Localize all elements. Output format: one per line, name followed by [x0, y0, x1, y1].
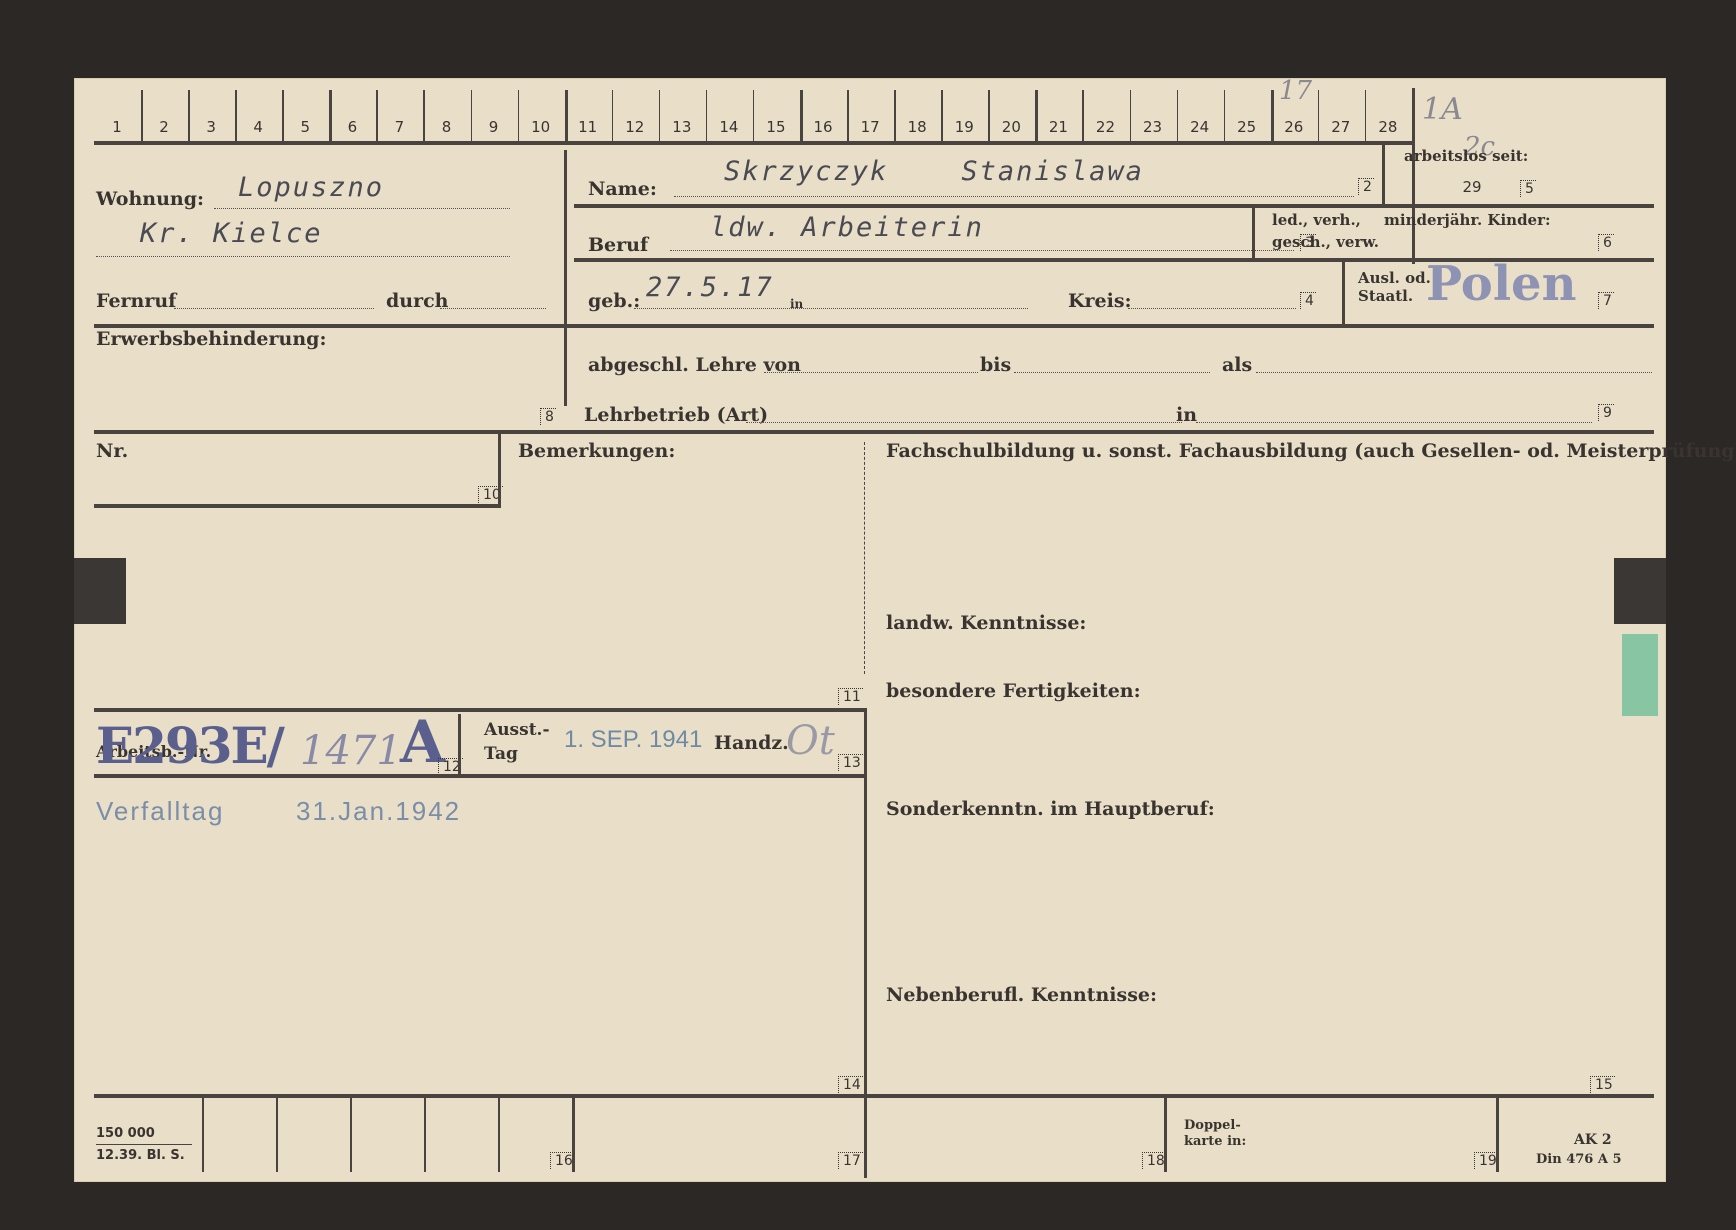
- arbeitsbuch-divider: [458, 714, 461, 776]
- fernruf-label: Fernruf: [96, 290, 176, 312]
- field-box-13: 13: [838, 754, 863, 771]
- din-code: Din 476 A 5: [1536, 1150, 1622, 1170]
- field-box-5: 5: [1520, 180, 1536, 197]
- column-number: 15: [756, 118, 796, 136]
- lehre-von-line: [764, 372, 978, 373]
- field-box-7: 7: [1598, 292, 1614, 309]
- beruf-label: Beruf: [588, 234, 648, 256]
- column-tick: [471, 90, 473, 142]
- doppelkarte-line2: karte in:: [1184, 1134, 1246, 1149]
- verfalltag-label: Verfalltag: [96, 796, 224, 827]
- column-number: 6: [332, 118, 372, 136]
- column-number: 28: [1368, 118, 1408, 136]
- column-number: 20: [991, 118, 1031, 136]
- lehrbetrieb-in-label: in: [1176, 404, 1197, 426]
- registration-card: 1234567891011121314151617181920212223242…: [74, 78, 1666, 1182]
- column-tick: [1224, 90, 1226, 142]
- column-tick: [894, 90, 896, 142]
- ruler-baseline: [94, 141, 1412, 145]
- field-box-9: 9: [1598, 404, 1614, 421]
- column-number: 11: [568, 118, 608, 136]
- column-number: 3: [191, 118, 231, 136]
- kinder-label: minderjähr. Kinder:: [1384, 210, 1551, 230]
- polen-stamp: Polen: [1426, 256, 1577, 312]
- doppelkarte-line1: Doppel-: [1184, 1118, 1241, 1133]
- handzeichen-label: Handz.: [714, 732, 789, 754]
- name-line: [674, 196, 1354, 197]
- landw-kenntnisse-label: landw. Kenntnisse:: [886, 612, 1086, 634]
- ausstellung-date-stamp: 1. SEP. 1941: [564, 726, 702, 754]
- column-number: 21: [1038, 118, 1078, 136]
- center-divider: [864, 708, 867, 1178]
- column-tick: [1365, 90, 1367, 142]
- column-number: 7: [379, 118, 419, 136]
- field-box-8: 8: [540, 408, 556, 425]
- name-value[interactable]: Skrzyczyk Stanislawa: [724, 156, 1144, 187]
- verfalltag-date: 31.Jan.1942: [296, 796, 461, 827]
- column-number: 8: [426, 118, 466, 136]
- footer-cell-divider: [424, 1096, 426, 1172]
- column-tick: [423, 90, 425, 142]
- print-date: 12.39. Bl. S.: [96, 1146, 185, 1166]
- field-box-4: 4: [1300, 292, 1316, 309]
- nebenberufl-label: Nebenberufl. Kenntnisse:: [886, 984, 1157, 1006]
- familienstand-line2[interactable]: gesch., verw.: [1272, 232, 1379, 252]
- column-tick: [235, 90, 237, 142]
- row-divider-2: [94, 430, 1654, 434]
- geb-line: [634, 308, 1028, 309]
- column-number: 23: [1133, 118, 1173, 136]
- green-marker: [1622, 634, 1658, 716]
- left-index-tab: [74, 558, 126, 624]
- footer-cell-divider: [1164, 1096, 1167, 1172]
- footer-cell-divider: [276, 1096, 278, 1172]
- column-number: 27: [1321, 118, 1361, 136]
- staatsangeh-line2: Staatl.: [1358, 286, 1413, 306]
- wohnung-line1: [214, 208, 510, 209]
- staatsangeh-divider: [1342, 262, 1345, 324]
- footer-cell-divider: [1496, 1096, 1499, 1172]
- arbeitsbuch-stamp: E293E/: [96, 716, 283, 775]
- footer-cell-divider: [572, 1096, 575, 1172]
- right-column-divider: [1412, 88, 1415, 264]
- column-number: 22: [1085, 118, 1125, 136]
- nr-bottom-line: [94, 504, 498, 508]
- erwerbsbehinderung-label: Erwerbsbehinderung:: [96, 328, 326, 350]
- footer-cell-divider: [350, 1096, 352, 1172]
- field-box-6: 6: [1598, 234, 1614, 251]
- column-tick: [847, 90, 849, 142]
- form-code: AK 2: [1574, 1130, 1612, 1150]
- lehrbetrieb-label: Lehrbetrieb (Art): [584, 404, 768, 426]
- column-tick: [612, 90, 614, 142]
- lehre-bis-label: bis: [980, 354, 1011, 376]
- ausstellung-label-line1: Ausst.-: [484, 720, 550, 740]
- lehrbetrieb-in-line: [1196, 422, 1592, 423]
- column-number: 1: [97, 118, 137, 136]
- kreis-label: Kreis:: [1068, 290, 1132, 312]
- nr-label: Nr.: [96, 440, 128, 462]
- wohnung-value-line1[interactable]: Lopuszno: [238, 172, 384, 203]
- lehrbetrieb-line: [746, 422, 1182, 423]
- column-tick: [376, 90, 378, 142]
- name-bottom-line: [574, 204, 1654, 208]
- column-tick: [282, 90, 284, 142]
- familienstand-divider: [1252, 208, 1255, 258]
- print-info-divider: [96, 1144, 192, 1145]
- footer-cell-divider: [498, 1096, 500, 1172]
- field-box-15: 15: [1590, 1076, 1615, 1093]
- handzeichen-value: Ot: [786, 718, 835, 764]
- column-tick: [188, 90, 190, 142]
- footer-top-line: [94, 1094, 1654, 1098]
- column-number: 5: [285, 118, 325, 136]
- familienstand-line1[interactable]: led., verh.,: [1272, 210, 1361, 230]
- column-number: 25: [1227, 118, 1267, 136]
- column-number: 12: [615, 118, 655, 136]
- right-index-tab: [1614, 558, 1666, 624]
- wohnung-line2: [96, 256, 510, 257]
- geb-in-label: in: [790, 294, 803, 314]
- pencil-mark-1a: 1A: [1422, 92, 1463, 127]
- durch-line: [440, 308, 546, 309]
- column-tick: [988, 90, 990, 142]
- arbeitslos-label: arbeitslos seit:: [1404, 146, 1528, 166]
- footer-cell-divider: [202, 1096, 204, 1172]
- field-box-2: 2: [1358, 178, 1374, 195]
- fernruf-line: [174, 308, 374, 309]
- left-block-divider: [564, 150, 567, 406]
- column-number: 16: [803, 118, 843, 136]
- column-number: 13: [662, 118, 702, 136]
- column-tick: [706, 90, 708, 142]
- column-number: 26: [1274, 118, 1314, 136]
- column-number: 19: [944, 118, 984, 136]
- column-number: 18: [897, 118, 937, 136]
- field-box-11: 11: [838, 688, 863, 705]
- column-tick: [1130, 90, 1132, 142]
- arbeitslos-divider: [1382, 142, 1385, 206]
- column-number: 24: [1180, 118, 1220, 136]
- pencil-mark-column: 17: [1279, 76, 1312, 106]
- column-tick: [1318, 90, 1320, 142]
- field-box-17: 17: [838, 1152, 863, 1169]
- column-tick: [141, 90, 143, 142]
- lehre-als-line: [1256, 372, 1652, 373]
- staatsangeh-line1: Ausl. od.: [1358, 268, 1431, 288]
- sonderkenntn-label: Sonderkenntn. im Hauptberuf:: [886, 798, 1215, 820]
- lehre-als-label: als: [1222, 354, 1252, 376]
- field-box-14: 14: [838, 1076, 863, 1093]
- nr-divider: [498, 434, 501, 508]
- row-divider-1: [94, 324, 1654, 328]
- column-tick: [753, 90, 755, 142]
- lehre-bis-line: [1014, 372, 1210, 373]
- geb-value[interactable]: 27.5.17: [646, 272, 774, 303]
- beruf-line: [670, 250, 1294, 251]
- fertigkeiten-label: besondere Fertigkeiten:: [886, 680, 1141, 702]
- column-number: 10: [521, 118, 561, 136]
- arbeitsbuch-top-line: [94, 708, 864, 712]
- print-run: 150 000: [96, 1124, 155, 1144]
- ausstellung-label-line2: Tag: [484, 744, 518, 764]
- column-tick: [1082, 90, 1084, 142]
- geb-label: geb.:: [588, 290, 640, 312]
- field-29-label: 29: [1452, 178, 1492, 196]
- column-tick: [518, 90, 520, 142]
- arbeitsbuch-bottom-line: [94, 774, 864, 778]
- wohnung-label: Wohnung:: [96, 188, 204, 210]
- column-number: 9: [474, 118, 514, 136]
- fachschul-label: Fachschulbildung u. sonst. Fachausbildun…: [886, 440, 1736, 462]
- column-tick: [659, 90, 661, 142]
- column-number: 4: [238, 118, 278, 136]
- column-tick: [941, 90, 943, 142]
- column-number: 17: [850, 118, 890, 136]
- bemerkungen-dashed-divider: [864, 442, 865, 674]
- wohnung-value-line2[interactable]: Kr. Kielce: [140, 218, 323, 249]
- arbeitsbuch-handwritten-number: 1471: [300, 728, 402, 774]
- name-label: Name:: [588, 178, 657, 200]
- column-number: 2: [144, 118, 184, 136]
- kreis-line: [1128, 308, 1296, 309]
- column-tick: [1177, 90, 1179, 142]
- column-number: 14: [709, 118, 749, 136]
- beruf-value[interactable]: ldw. Arbeiterin: [710, 212, 984, 243]
- bemerkungen-label: Bemerkungen:: [518, 440, 675, 462]
